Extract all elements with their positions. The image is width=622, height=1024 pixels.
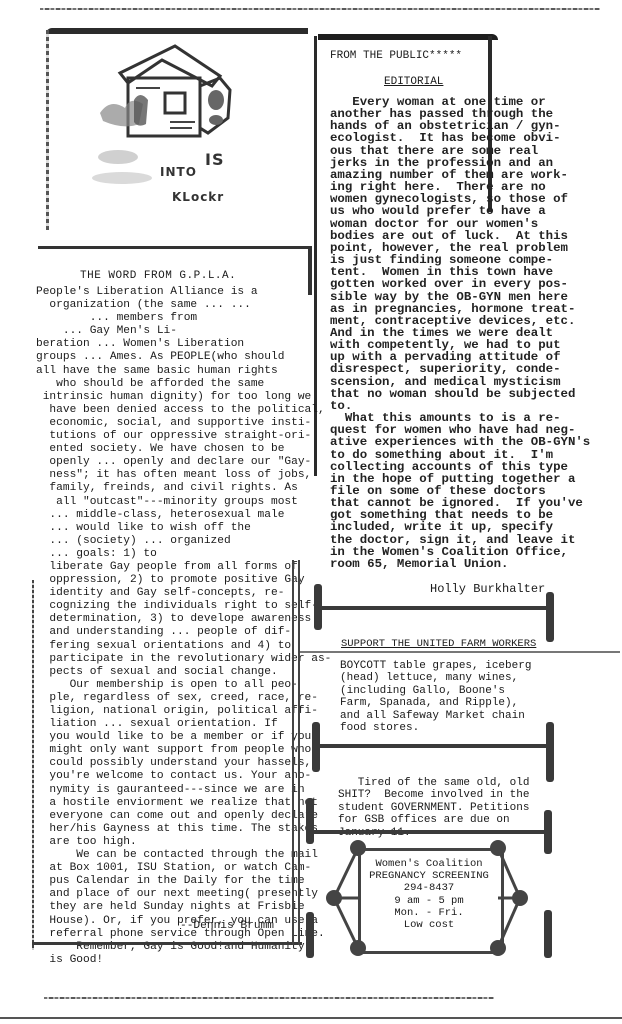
text-line: ... would like to wish off the xyxy=(36,522,306,535)
text-line: fering sexual orientations and 4) to xyxy=(36,640,306,653)
text-line: all "outcast"---minority groups most xyxy=(36,496,306,509)
text-line: are too high. xyxy=(36,836,306,849)
text-line: food stores. xyxy=(340,722,531,734)
text-line: liberate Gay people from all forms of xyxy=(36,561,306,574)
text-line: included, write it up, specify xyxy=(330,521,590,533)
frame-border xyxy=(46,30,49,230)
text-line: family, freinds, and civil rights. As xyxy=(36,482,306,495)
text-line: participate in the revolutionary wider a… xyxy=(36,653,306,666)
text-line: all have the same basic human rights xyxy=(36,365,306,378)
text-line: who should be afforded the same xyxy=(36,378,306,391)
text-line: ... goals: 1) to xyxy=(36,548,306,561)
editorial-signature: Holly Burkhalter xyxy=(430,582,545,596)
editorial-title: EDITORIAL xyxy=(384,76,443,88)
ufw-title-rule xyxy=(300,651,620,653)
text-line: intrinsic human dignity) for too long we xyxy=(36,391,306,404)
text-line: identity and Gay self-concepts, re- xyxy=(36,587,306,600)
decorative-bar xyxy=(544,810,552,854)
text-line: disrespect, superiority, conde- xyxy=(330,363,590,375)
text-line: the doctor, sign it, and leave it xyxy=(330,534,590,546)
text-line: ented society. We have chosen to be xyxy=(36,443,306,456)
text-line: Farm, Spanada, and Ripple), xyxy=(340,697,531,709)
pregnancy-ad-text: Women's CoalitionPREGNANCY SCREENING294-… xyxy=(362,858,496,931)
scan-artifact-bottom xyxy=(44,997,494,999)
text-line: ... (society) ... organized xyxy=(36,535,306,548)
text-line: pus Calendar in the Daily for the time xyxy=(36,875,306,888)
text-line: 9 am - 5 pm xyxy=(362,895,496,907)
text-line: that no woman should be subjected xyxy=(330,388,590,400)
text-line: ness"; it has often meant loss of jobs, xyxy=(36,469,306,482)
decorative-bar xyxy=(546,592,554,642)
article-title: THE WORD FROM G.P.L.A. xyxy=(80,270,236,282)
text-line: ecologist. It has become obvi- xyxy=(330,132,590,144)
text-line: ... middle-class, heterosexual male xyxy=(36,509,306,522)
text-line: groups ... Ames. As PEOPLE(who should xyxy=(36,351,306,364)
text-line: Our membership is open to all peo- xyxy=(36,679,306,692)
text-line: might only want support from people who xyxy=(36,744,306,757)
text-line: to do something about it. I'm xyxy=(330,449,590,461)
text-line: (including Gallo, Boone's xyxy=(340,685,531,697)
text-line: at Box 1001, ISU Station, or watch Cam- xyxy=(36,862,306,875)
logo-text-into: INTO xyxy=(160,165,197,179)
text-line: us who would prefer to have a xyxy=(330,205,590,217)
text-line: everyone can come out and openly declare xyxy=(36,810,306,823)
text-line: We can be contacted through the mail xyxy=(36,849,306,862)
text-line: could possibly understand your hassels, xyxy=(36,757,306,770)
page-edge xyxy=(0,1017,622,1019)
text-line: gotten worked over in every pos- xyxy=(330,278,590,290)
frame-border xyxy=(318,34,498,40)
decorative-bar xyxy=(546,722,554,782)
text-line: room 65, Memorial Union. xyxy=(330,558,590,570)
text-line: you would like to be a member or if you xyxy=(36,731,306,744)
text-line: BOYCOTT table grapes, iceberg xyxy=(340,660,531,672)
text-line: ple, regardless of sex, creed, race, re- xyxy=(36,692,306,705)
decorative-bar xyxy=(306,912,314,958)
text-line: pects of sexual and social change. xyxy=(36,666,306,679)
decorative-bar xyxy=(318,744,546,748)
decorative-bar xyxy=(306,798,314,844)
text-line: they are held Sunday nights at Frisbie xyxy=(36,901,306,914)
text-line: ous that there are some real xyxy=(330,145,590,157)
text-line: liation ... sexual orientation. If xyxy=(36,718,306,731)
text-line: Mon. - Fri. xyxy=(362,907,496,919)
text-line: cognizing the individuals right to self- xyxy=(36,600,306,613)
text-line: Tired of the same old, old xyxy=(338,777,529,789)
ufw-title: SUPPORT THE UNITED FARM WORKERS xyxy=(341,638,536,650)
text-line: sible way by the OB-GYN men here xyxy=(330,291,590,303)
text-line: 294-8437 xyxy=(362,882,496,894)
decorative-bar xyxy=(318,606,548,610)
text-line: student GOVERNMENT. Petitions xyxy=(338,802,529,814)
text-line: ... members from xyxy=(36,312,306,325)
editorial-body: Every woman at one time oranother has pa… xyxy=(330,96,590,570)
text-line: woman doctor for our women's xyxy=(330,218,590,230)
text-line: determination, 3) to develope awareness xyxy=(36,613,306,626)
text-line: have been denied access to the political… xyxy=(36,404,306,417)
text-line: and place of our next meeting( presently xyxy=(36,888,306,901)
scan-speck xyxy=(92,172,152,184)
text-line: economic, social, and supportive insti- xyxy=(36,417,306,430)
scan-artifact-top xyxy=(40,8,600,10)
scan-speck xyxy=(98,150,138,164)
section-label: FROM THE PUBLIC***** xyxy=(330,50,462,62)
text-line: and understanding ... people of dif- xyxy=(36,626,306,639)
text-line: a hostile enviorment we realize that not xyxy=(36,797,306,810)
text-line: (head) lettuce, many wines, xyxy=(340,672,531,684)
frame-border xyxy=(46,28,308,34)
text-line: is Good! xyxy=(36,954,306,967)
decorative-bar xyxy=(544,910,552,958)
text-line: Women's Coalition xyxy=(362,858,496,870)
text-line: ative experiences with the OB-GYN's xyxy=(330,436,590,448)
text-line: for GSB offices are due on xyxy=(338,814,529,826)
text-line: ... Gay Men's Li- xyxy=(36,325,306,338)
text-line: her/his Gayness at this time. The stakes xyxy=(36,823,306,836)
text-line: beration ... Women's Liberation xyxy=(36,338,306,351)
logo-text-is: IS xyxy=(205,150,224,169)
text-line: organization (the same ... ... xyxy=(36,299,306,312)
text-line: you're welcome to contact us. Your ano- xyxy=(36,770,306,783)
text-line: SHIT? Become involved in the xyxy=(338,789,529,801)
frame-border xyxy=(292,560,300,945)
text-line: and all Safeway Market chain xyxy=(340,710,531,722)
text-line: Low cost xyxy=(362,919,496,931)
text-line: ligion, national origin, political affi- xyxy=(36,705,306,718)
logo-text-klockr: KLockr xyxy=(172,190,224,204)
decorative-bar xyxy=(312,830,548,834)
frame-border xyxy=(32,580,34,950)
text-line: scension, and medical mysticism xyxy=(330,376,590,388)
text-line: People's Liberation Alliance is a xyxy=(36,286,306,299)
text-line: openly ... openly and declare our "Gay- xyxy=(36,456,306,469)
schoolhouse-illustration-icon xyxy=(80,38,250,148)
article-signature: --Dennis Brumm xyxy=(180,920,274,932)
text-line: tutions of our oppressive straight-ori- xyxy=(36,430,306,443)
gpla-article-body: People's Liberation Alliance is a organi… xyxy=(36,286,306,967)
ufw-body: BOYCOTT table grapes, iceberg(head) lett… xyxy=(340,660,531,734)
text-line: as in pregnancies, hormone treat- xyxy=(330,303,590,315)
text-line: nymity is gauranteed---since we are in xyxy=(36,784,306,797)
frame-border xyxy=(32,942,302,945)
text-line: oppression, 2) to promote positive Gay xyxy=(36,574,306,587)
text-line: PREGNANCY SCREENING xyxy=(362,870,496,882)
